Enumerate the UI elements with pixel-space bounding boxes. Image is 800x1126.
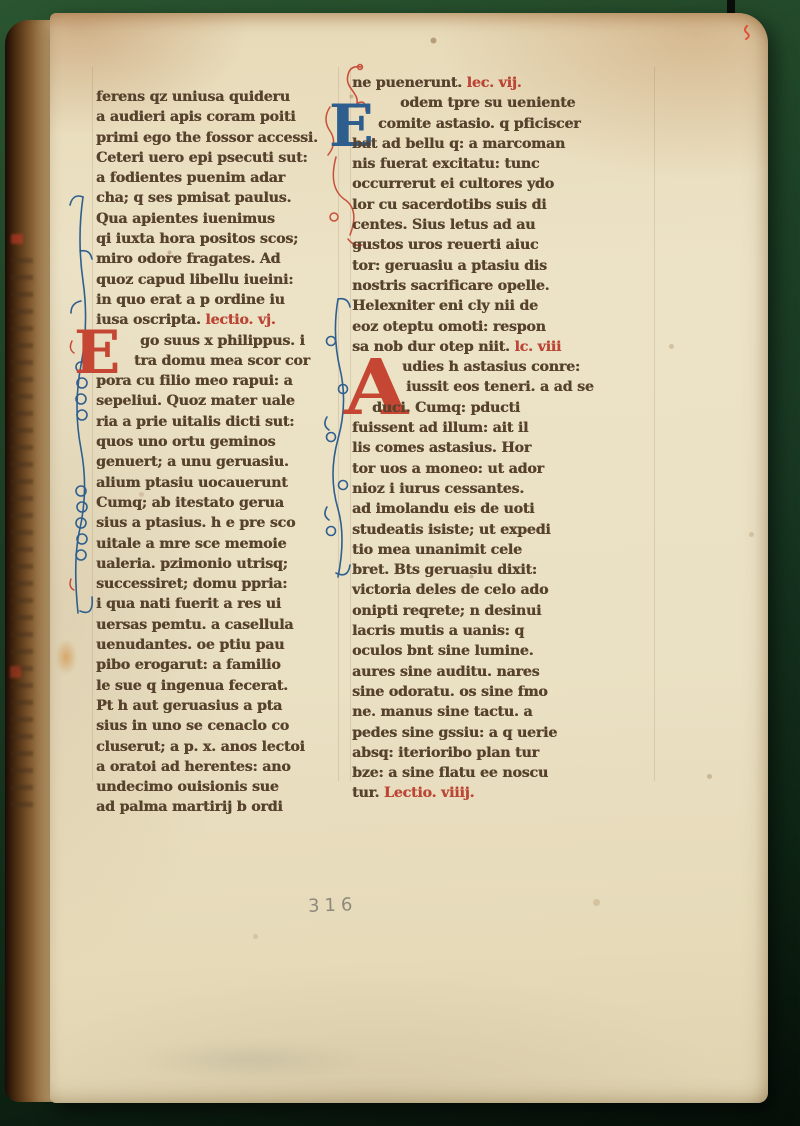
ruling-line bbox=[654, 67, 655, 781]
body-text: aures sine auditu. nares bbox=[352, 664, 539, 680]
body-text: duci. Cumq: pducti bbox=[372, 400, 520, 416]
manuscript-text-line: absq: iterioribo plan tur bbox=[352, 743, 654, 763]
body-text: absq: iterioribo plan tur bbox=[352, 745, 539, 761]
body-text: lis comes astasius. Hor bbox=[352, 440, 531, 456]
rubric-text: lc. viii bbox=[514, 339, 561, 355]
body-text: udies h astasius conre: bbox=[402, 359, 580, 375]
body-text: Ceteri uero epi psecuti sut: bbox=[96, 150, 307, 166]
body-text: ne puenerunt. bbox=[352, 75, 467, 91]
manuscript-text-line: oculos bnt sine lumine. bbox=[352, 641, 654, 661]
manuscript-text-line: a oratoi ad herentes: ano bbox=[96, 757, 342, 777]
manuscript-text-line: lis comes astasius. Hor bbox=[352, 438, 654, 458]
manuscript-text-line: tor uos a moneo: ut ador bbox=[352, 459, 654, 479]
body-text: eoz oteptu omoti: respon bbox=[352, 319, 546, 335]
manuscript-text-line: in quo erat a p ordine iu bbox=[96, 290, 342, 310]
manuscript-text-line: ne puenerunt. lec. vij. bbox=[352, 73, 654, 93]
manuscript-text-line: successiret; domu ppria: bbox=[96, 574, 342, 594]
body-text: pibo erogarut: a familio bbox=[96, 657, 281, 673]
body-text: undecimo ouisionis sue bbox=[96, 779, 279, 795]
manuscript-text-line: sa nob dur otep niit. lc. viii bbox=[352, 337, 654, 357]
body-text: genuert; a unu geruasiu. bbox=[96, 454, 289, 470]
manuscript-text-line: a fodientes puenim adar bbox=[96, 168, 342, 188]
red-ink-bleed-mark bbox=[10, 666, 21, 678]
manuscript-text-line: ualeria. pzimonio utrisq; bbox=[96, 554, 342, 574]
body-text: pedes sine gssiu: a q uerie bbox=[352, 725, 557, 741]
body-text: gustos uros reuerti aiuc bbox=[352, 237, 538, 253]
manuscript-text-line: tur. Lectio. viiij. bbox=[352, 783, 654, 803]
manuscript-text-line: bze: a sine flatu ee noscu bbox=[352, 763, 654, 783]
body-text: i qua nati fuerit a res ui bbox=[96, 596, 281, 612]
body-text: cha; q ses pmisat paulus. bbox=[96, 190, 291, 206]
manuscript-text-line: quoz capud libellu iueini: bbox=[96, 270, 342, 290]
body-text: victoria deles de celo ado bbox=[352, 582, 548, 598]
body-text: Helexniter eni cly nii de bbox=[352, 298, 538, 314]
body-text: centes. Sius letus ad au bbox=[352, 217, 535, 233]
manuscript-text-line: comite astasio. q pficiscer bbox=[352, 114, 654, 134]
manuscript-text-line: lacris mutis a uanis: q bbox=[352, 621, 654, 641]
manuscript-text-line: miro odore fragates. Ad bbox=[96, 249, 342, 269]
body-text: miro odore fragates. Ad bbox=[96, 251, 280, 267]
manuscript-text-line: pedes sine gssiu: a q uerie bbox=[352, 723, 654, 743]
manuscript-text-line: aures sine auditu. nares bbox=[352, 662, 654, 682]
body-text: ualeria. pzimonio utrisq; bbox=[96, 556, 288, 572]
body-text: nis fuerat excitatu: tunc bbox=[352, 156, 539, 172]
manuscript-text-line: ria a prie uitalis dicti sut: bbox=[96, 412, 342, 432]
manuscript-text-line: quos uno ortu geminos bbox=[96, 432, 342, 452]
manuscript-text-line: gustos uros reuerti aiuc bbox=[352, 235, 654, 255]
body-text: uersas pemtu. a casellula bbox=[96, 617, 293, 633]
red-ink-bleed-mark bbox=[11, 234, 23, 244]
manuscript-text-line: udies h astasius conre: bbox=[352, 357, 654, 377]
body-text: ad palma martirij b ordi bbox=[96, 799, 283, 815]
body-text: iussit eos teneri. a ad se bbox=[406, 379, 594, 395]
manuscript-text-line: ferens qz uniusa quideru bbox=[96, 87, 342, 107]
body-text: fuissent ad illum: ait il bbox=[352, 420, 528, 436]
body-text: a oratoi ad herentes: ano bbox=[96, 759, 291, 775]
manuscript-text-line: iusa oscripta. lectio. vj. bbox=[96, 310, 342, 330]
manuscript-text-line: sepeliui. Quoz mater uale bbox=[96, 391, 342, 411]
rubric-text: lec. vij. bbox=[467, 75, 522, 91]
manuscript-text-line: primi ego the fossor accessi. bbox=[96, 128, 342, 148]
body-text: alium ptasiu uocauerunt bbox=[96, 475, 288, 491]
body-text: successiret; domu ppria: bbox=[96, 576, 287, 592]
body-text: tra domu mea scor cor bbox=[134, 353, 310, 369]
body-text: sine odoratu. os sine fmo bbox=[352, 684, 548, 700]
manuscript-text-line: bat ad bellu q: a marcoman bbox=[352, 134, 654, 154]
body-text: sa nob dur otep niit. bbox=[352, 339, 514, 355]
body-text: in quo erat a p ordine iu bbox=[96, 292, 285, 308]
manuscript-text-line: undecimo ouisionis sue bbox=[96, 777, 342, 797]
body-text: studeatis isiste; ut expedi bbox=[352, 522, 551, 538]
body-text: nostris sacrificare opelle. bbox=[352, 278, 549, 294]
manuscript-text-line: tor: geruasiu a ptasiu dis bbox=[352, 256, 654, 276]
manuscript-text-line: Cumq; ab itestato gerua bbox=[96, 493, 342, 513]
manuscript-text-line: uitale a mre sce memoie bbox=[96, 534, 342, 554]
manuscript-text-line: qi iuxta hora positos scos; bbox=[96, 229, 342, 249]
manuscript-text-line: sine odoratu. os sine fmo bbox=[352, 682, 654, 702]
text-column-left: ferens qz uniusa quiderua audieri apis c… bbox=[96, 87, 342, 818]
body-text: sepeliui. Quoz mater uale bbox=[96, 393, 295, 409]
manuscript-text-line: odem tpre su ueniente bbox=[352, 93, 654, 113]
manuscript-text-line: Pt h aut geruasius a pta bbox=[96, 696, 342, 716]
body-text: qi iuxta hora positos scos; bbox=[96, 231, 298, 247]
manuscript-text-line: i qua nati fuerit a res ui bbox=[96, 594, 342, 614]
manuscript-text-line: nis fuerat excitatu: tunc bbox=[352, 154, 654, 174]
body-text: lacris mutis a uanis: q bbox=[352, 623, 524, 639]
red-corner-mark bbox=[742, 25, 752, 40]
manuscript-text-line: uenudantes. oe ptiu pau bbox=[96, 635, 342, 655]
rubric-text: Lectio. viiij. bbox=[384, 785, 474, 801]
manuscript-text-line: sius a ptasius. h e pre sco bbox=[96, 513, 342, 533]
body-text: ferens qz uniusa quideru bbox=[96, 89, 290, 105]
body-text: ria a prie uitalis dicti sut: bbox=[96, 414, 294, 430]
manuscript-text-line: pora cu filio meo rapui: a bbox=[96, 371, 342, 391]
manuscript-text-line: go suus x philippus. i bbox=[96, 331, 342, 351]
body-text: quos uno ortu geminos bbox=[96, 434, 275, 450]
manuscript-text-line: cluserut; a p. x. anos lectoi bbox=[96, 737, 342, 757]
manuscript-text-line: ad palma martirij b ordi bbox=[96, 797, 342, 817]
body-text: occurrerut ei cultores ydo bbox=[352, 176, 554, 192]
body-text: ad imolandu eis de uoti bbox=[352, 501, 534, 517]
body-text: comite astasio. q pficiscer bbox=[378, 116, 580, 132]
body-text: a fodientes puenim adar bbox=[96, 170, 285, 186]
text-column-right: ne puenerunt. lec. vij.odem tpre su ueni… bbox=[352, 73, 654, 804]
penwork-flourish-left-margin bbox=[68, 191, 96, 619]
body-text: uitale a mre sce memoie bbox=[96, 536, 286, 552]
manuscript-text-line: duci. Cumq: pducti bbox=[352, 398, 654, 418]
body-text: ne. manus sine tactu. a bbox=[352, 704, 532, 720]
parchment-specks bbox=[50, 13, 53, 16]
body-text: Cumq; ab itestato gerua bbox=[96, 495, 284, 511]
body-text: sius in uno se cenaclo co bbox=[96, 718, 289, 734]
manuscript-text-line: a audieri apis coram poiti bbox=[96, 107, 342, 127]
body-text: nioz i iurus cessantes. bbox=[352, 481, 524, 497]
manuscript-text-line: studeatis isiste; ut expedi bbox=[352, 520, 654, 540]
manuscript-text-line: eoz oteptu omoti: respon bbox=[352, 317, 654, 337]
body-text: bat ad bellu q: a marcoman bbox=[352, 136, 565, 152]
body-text: bze: a sine flatu ee noscu bbox=[352, 765, 548, 781]
manuscript-text-line: pibo erogarut: a familio bbox=[96, 655, 342, 675]
body-text: Qua apientes iuenimus bbox=[96, 211, 275, 227]
body-text: a audieri apis coram poiti bbox=[96, 109, 295, 125]
manuscript-text-line: Ceteri uero epi psecuti sut: bbox=[96, 148, 342, 168]
body-text: tor: geruasiu a ptasiu dis bbox=[352, 258, 547, 274]
manuscript-text-line: victoria deles de celo ado bbox=[352, 580, 654, 600]
manuscript-text-line: nioz i iurus cessantes. bbox=[352, 479, 654, 499]
body-text: iusa oscripta. bbox=[96, 312, 205, 328]
body-text: cluserut; a p. x. anos lectoi bbox=[96, 739, 305, 755]
manuscript-text-line: occurrerut ei cultores ydo bbox=[352, 174, 654, 194]
manuscript-text-line: tio mea unanimit cele bbox=[352, 540, 654, 560]
body-text: odem tpre su ueniente bbox=[400, 95, 575, 111]
body-text: tur. bbox=[352, 785, 384, 801]
manuscript-text-line: nostris sacrificare opelle. bbox=[352, 276, 654, 296]
body-text: bret. Bts geruasiu dixit: bbox=[352, 562, 537, 578]
manuscript-text-line: Qua apientes iuenimus bbox=[96, 209, 342, 229]
manuscript-text-line: genuert; a unu geruasiu. bbox=[96, 452, 342, 472]
manuscript-text-line: lor cu sacerdotibs suis di bbox=[352, 195, 654, 215]
manuscript-text-line: uersas pemtu. a casellula bbox=[96, 615, 342, 635]
rubric-text: lectio. vj. bbox=[205, 312, 275, 328]
manuscript-text-line: centes. Sius letus ad au bbox=[352, 215, 654, 235]
body-text: go suus x philippus. i bbox=[140, 333, 305, 349]
body-text: tio mea unanimit cele bbox=[352, 542, 522, 558]
manuscript-text-line: cha; q ses pmisat paulus. bbox=[96, 188, 342, 208]
manuscript-text-line: iussit eos teneri. a ad se bbox=[352, 377, 654, 397]
manuscript-text-line: fuissent ad illum: ait il bbox=[352, 418, 654, 438]
body-text: onipti reqrete; n desinui bbox=[352, 603, 541, 619]
manuscript-text-line: ad imolandu eis de uoti bbox=[352, 499, 654, 519]
body-text: Pt h aut geruasius a pta bbox=[96, 698, 282, 714]
smudge bbox=[136, 1041, 368, 1079]
manuscript-text-line: Helexniter eni cly nii de bbox=[352, 296, 654, 316]
body-text: lor cu sacerdotibs suis di bbox=[352, 197, 546, 213]
manuscript-text-line: alium ptasiu uocauerunt bbox=[96, 473, 342, 493]
manuscript-photo: E E A ferens qz uniusa quiderua audieri … bbox=[0, 0, 800, 1126]
body-text: oculos bnt sine lumine. bbox=[352, 643, 533, 659]
body-text: pora cu filio meo rapui: a bbox=[96, 373, 292, 389]
manuscript-text-line: onipti reqrete; n desinui bbox=[352, 601, 654, 621]
stain bbox=[55, 639, 77, 675]
bleedthrough-text-marks bbox=[11, 258, 33, 818]
manuscript-text-line: le sue q ingenua fecerat. bbox=[96, 676, 342, 696]
manuscript-text-line: bret. Bts geruasiu dixit: bbox=[352, 560, 654, 580]
body-text: le sue q ingenua fecerat. bbox=[96, 678, 288, 694]
pencil-folio-number: 316 bbox=[308, 894, 358, 917]
manuscript-page: E E A ferens qz uniusa quiderua audieri … bbox=[50, 13, 768, 1103]
body-text: uenudantes. oe ptiu pau bbox=[96, 637, 284, 653]
manuscript-text-line: ne. manus sine tactu. a bbox=[352, 702, 654, 722]
body-text: tor uos a moneo: ut ador bbox=[352, 461, 544, 477]
body-text: primi ego the fossor accessi. bbox=[96, 130, 318, 146]
manuscript-text-line: sius in uno se cenaclo co bbox=[96, 716, 342, 736]
body-text: sius a ptasius. h e pre sco bbox=[96, 515, 295, 531]
manuscript-text-line: tra domu mea scor cor bbox=[96, 351, 342, 371]
body-text: quoz capud libellu iueini: bbox=[96, 272, 293, 288]
